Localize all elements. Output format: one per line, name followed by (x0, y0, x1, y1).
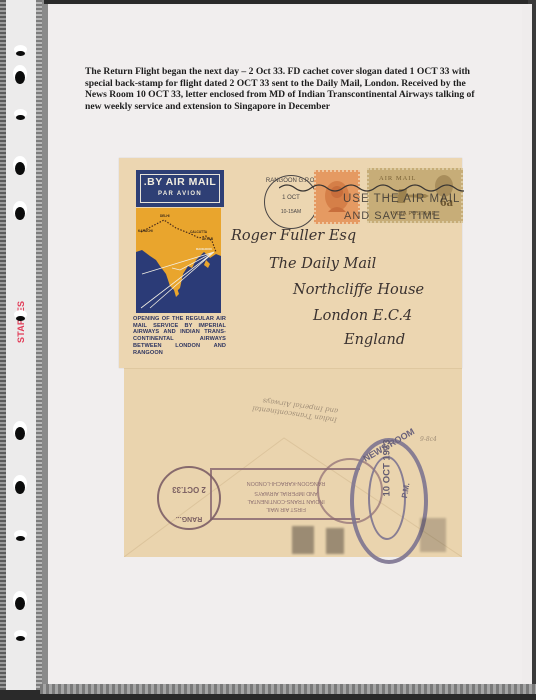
binder-hole-icon (15, 162, 25, 175)
strip-edge-left (0, 0, 6, 690)
binder-hole-icon (15, 597, 25, 610)
address-line-building: Northcliffe House (293, 282, 424, 298)
sleeve-bottom-edge (40, 684, 536, 694)
binder-hole-icon (16, 636, 25, 641)
air-mail-label-line2: PAR AVION (138, 191, 222, 197)
binder-hole-icon (15, 71, 25, 84)
pencil-reference: 9-8c4 (420, 436, 437, 443)
rangoon-backstamp-date: 2 OCT.33 (159, 485, 219, 494)
air-mail-stamp-header: AIR MAIL (379, 175, 416, 182)
air-mail-label: .BY AIR MAIL PAR AVION (136, 170, 224, 207)
svg-text:DELHI: DELHI (160, 214, 170, 218)
news-room-stamp-time: P.M. (400, 482, 412, 499)
address-line-city: London E.C.4 (313, 308, 412, 324)
svg-text:CALCUTTA: CALCUTTA (190, 230, 208, 234)
ink-smudge (326, 528, 344, 554)
page-caption: The Return Flight began the next day – 2… (85, 66, 485, 112)
rangoon-backstamp: RANG... 2 OCT.33 (157, 466, 221, 530)
air-mail-label-line1: .BY AIR MAIL (138, 176, 222, 188)
staples-brand-logo: STAPLES (11, 300, 31, 344)
binder-hole-icon (15, 207, 25, 220)
cover-back: Indian Transcontinental and Imperial Air… (124, 368, 462, 557)
ink-smudge (292, 526, 314, 554)
postmark-date: 1 OCT (265, 195, 317, 201)
address-line-country: England (344, 332, 405, 348)
slogan-line1: USE THE AIR MAIL (343, 193, 460, 205)
svg-text:KARACHI: KARACHI (138, 229, 153, 233)
binder-hole-icon (16, 115, 25, 120)
cachet-inscription: OPENING OF THE REGULAR AIR MAIL SERVICE … (133, 316, 226, 356)
cachet-route-map: KARACHI DELHI CALCUTTA AKYAB RANGOON (136, 208, 221, 313)
slogan-line2: AND SAVE TIME (344, 210, 441, 222)
binder-hole-icon (15, 481, 25, 494)
binder-hole-icon (15, 427, 25, 440)
cover-front: .BY AIR MAIL PAR AVION KARACHI DELHI CAL… (119, 158, 462, 368)
ink-smudge (420, 518, 446, 552)
rangoon-backstamp-office: RANG... (159, 515, 219, 522)
address-line-name: Roger Fuller Esq (231, 228, 356, 244)
news-room-stamp-date: 10 OCT 1933 (382, 467, 393, 497)
punched-binder-strip: STAPLES (0, 0, 44, 690)
strip-edge-right (36, 0, 42, 690)
address-line-company: The Daily Mail (269, 256, 376, 272)
news-room-receiving-stamp: NEWS ROOM 10 OCT 1933 P.M. (350, 438, 428, 564)
svg-text:AKYAB: AKYAB (202, 237, 214, 241)
india-map-icon: KARACHI DELHI CALCUTTA AKYAB RANGOON (136, 208, 221, 313)
binder-hole-icon (16, 51, 25, 56)
binder-hole-icon (16, 316, 25, 321)
postmark-time: 10-15AM (265, 209, 317, 215)
binder-hole-icon (16, 536, 25, 541)
svg-text:RANGOON: RANGOON (196, 247, 212, 251)
